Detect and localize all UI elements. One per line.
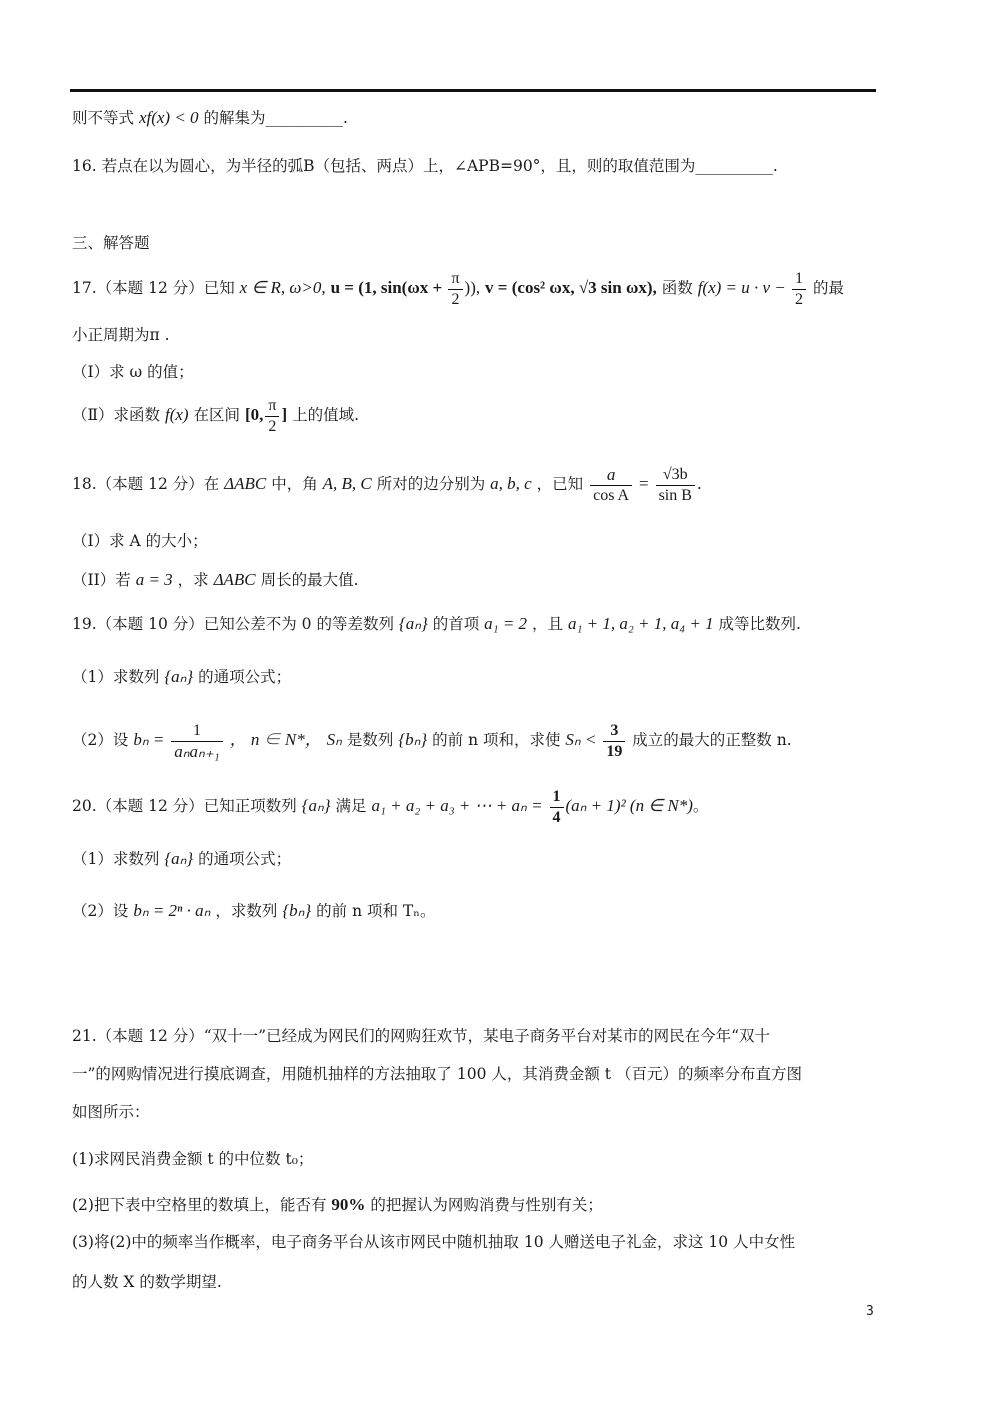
q19-part2-s: Sₙ <box>327 730 342 749</box>
q17-part2-post: 上的值域. <box>292 406 359 424</box>
q17-part1: （Ⅰ）求 ω 的值； <box>72 361 194 383</box>
q17-head: 17.（本题 12 分）已知 <box>72 279 235 297</box>
q17-part2-pre: （Ⅱ）求函数 <box>72 406 160 424</box>
q20-stem: 20.（本题 12 分）已知正项数列 {aₙ} 满足 a₁ + a₂ + a₃ … <box>72 784 708 828</box>
q18-eq: = <box>639 474 649 493</box>
q17-part2: （Ⅱ）求函数 f(x) 在区间 [0,π2] 上的值域. <box>72 393 359 437</box>
q20-part1-seq: {aₙ} <box>164 849 193 868</box>
q20-part2-post: 的前 n 项和 Tₙ。 <box>316 902 435 920</box>
q19-part2: （2）设 bₙ = 1aₙaₙ₊₁ ， n ∈ N*， Sₙ 是数列 {bₙ} … <box>72 718 792 762</box>
q20-part1-pre: （1）求数列 <box>72 850 159 868</box>
q20-sum: a₁ + a₂ + a₃ + ⋯ + aₙ = <box>371 796 542 815</box>
frac-den: 2 <box>265 417 279 437</box>
q19-part2-post: 成立的最大的正整数 n. <box>632 731 791 749</box>
q21-line1: 21.（本题 12 分）“双十一”已经成为网民们的网购狂欢节，某电子商务平台对某… <box>72 1025 770 1047</box>
q19-end: 成等比数列. <box>719 615 801 633</box>
q17-u-end: )), <box>465 278 481 297</box>
q21-part2-pre: (2)把下表中空格里的数填上，能否有 <box>72 1196 326 1214</box>
q19-a1: a₁ = 2 <box>484 614 527 633</box>
q17-interval-start: [0, <box>245 405 263 424</box>
q17-tail: 的最 <box>813 279 844 297</box>
q19-mid2: ，且 <box>532 615 563 633</box>
frac-den: 4 <box>550 808 564 828</box>
q17-f: f(x) = u · v − <box>698 278 790 297</box>
q17-interval-frac: π2 <box>265 396 279 437</box>
q20-quarter-frac: 14 <box>550 787 564 828</box>
q18-sides: a, b, c <box>490 474 532 493</box>
q18-head: 18.（本题 12 分）在 <box>72 475 219 493</box>
q17-stem: 17.（本题 12 分）已知 x ∈ R, ω>0, u = (1, sin(ω… <box>72 266 844 310</box>
q19-mid: 的首项 <box>433 615 480 633</box>
q21-part2: (2)把下表中空格里的数填上，能否有 90% 的把握认为网购消费与性别有关； <box>72 1194 603 1216</box>
q20-part2-pre: （2）设 <box>72 902 128 920</box>
q18-frac-right: √3bsin B <box>656 465 695 506</box>
frac-num: 1 <box>792 269 806 290</box>
q20-part1-post: 的通项公式； <box>198 850 291 868</box>
frac-den: 19 <box>603 742 625 762</box>
frac-num: 1 <box>550 787 564 808</box>
frac-den: 2 <box>792 290 806 310</box>
frac-num: a <box>590 465 632 486</box>
q21-part2-pct: 90% <box>331 1195 365 1214</box>
q15-expr: xf(x) < 0 <box>139 108 199 127</box>
q21-part2-post: 的把握认为网购消费与性别有关； <box>370 1196 603 1214</box>
q20-head: 20.（本题 12 分）已知正项数列 <box>72 797 297 815</box>
q20-rhs: (aₙ + 1)² (n ∈ N*) <box>566 796 693 815</box>
q16: 16. 若点在以为圆心，为半径的弧B（包括、两点）上，∠APB=90°，且，则的… <box>72 155 778 177</box>
q18-end: . <box>697 475 702 493</box>
q17-part2-mid: 在区间 <box>194 406 241 424</box>
frac-num: π <box>265 396 279 417</box>
q18-part2-pre: （II）若 <box>72 571 131 589</box>
q17-half-frac: 12 <box>792 269 806 310</box>
q17-v: v = (cos² ωx, √3 sin ωx), <box>485 278 657 297</box>
frac-num: 3 <box>603 721 625 742</box>
q18-part2-mid: ，求 <box>178 571 209 589</box>
q19-stem: 19.（本题 10 分）已知公差不为 0 的等差数列 {aₙ} 的首项 a₁ =… <box>72 613 801 635</box>
q17-pi-frac: π2 <box>448 269 462 310</box>
q20-end: 。 <box>693 797 709 815</box>
q19-seq: {aₙ} <box>399 614 428 633</box>
header-rule <box>70 89 876 92</box>
q21-part3-line1: (3)将(2)中的频率当作概率，电子商务平台从该市网民中随机抽取 10 人赠送电… <box>72 1231 795 1253</box>
q19-part2-pre: （2）设 <box>72 731 128 749</box>
q17-cond: x ∈ R, ω>0, <box>240 278 326 297</box>
q21-line3: 如图所示： <box>72 1101 150 1123</box>
q19-part2-mid2: 的前 n 项和，求使 <box>432 731 560 749</box>
q19-part2-b: bₙ = <box>133 730 164 749</box>
q21-line2: 一”的网购情况进行摸底调查，用随机抽样的方法抽取了 100 人，其消费金额 t … <box>72 1063 802 1085</box>
q15-suffix: 的解集为__________. <box>204 109 348 127</box>
q19-part1-post: 的通项公式； <box>198 668 291 686</box>
page-number: 3 <box>866 1304 874 1319</box>
q18-part1: （I）求 A 的大小； <box>72 530 208 552</box>
q18-stem: 18.（本题 12 分）在 ΔABC 中，角 A, B, C 所对的边分别为 a… <box>72 462 702 506</box>
frac-num: π <box>448 269 462 290</box>
frac-num: √3b <box>656 465 695 486</box>
q18-part2-post: 周长的最大值. <box>261 571 359 589</box>
q19-part2-n: ， n ∈ N*， <box>230 730 322 749</box>
q19-part2-seq: {bₙ} <box>398 730 427 749</box>
q18-frac-left: acos A <box>590 465 632 506</box>
q19-part1-seq: {aₙ} <box>164 667 193 686</box>
q19-part1: （1）求数列 {aₙ} 的通项公式； <box>72 666 291 688</box>
q17-func: 函数 <box>662 279 693 297</box>
q20-part2-mid: ，求数列 <box>215 902 277 920</box>
frac-den: sin B <box>656 486 695 506</box>
q19-part2-mid: 是数列 <box>347 731 394 749</box>
frac-den: 2 <box>448 290 462 310</box>
section-title: 三、解答题 <box>72 231 150 253</box>
q17-u: u = (1, sin(ωx + <box>331 278 447 297</box>
q19-b-frac: 1aₙaₙ₊₁ <box>171 721 222 762</box>
q18-part2-cond: a = 3 <box>136 570 173 589</box>
q15-tail: 则不等式 xf(x) < 0 的解集为__________. <box>72 107 348 129</box>
q19-terms: a₁ + 1, a₂ + 1, a₄ + 1 <box>568 614 714 633</box>
q18-mid2: 所对的边分别为 <box>377 475 486 493</box>
q19-part1-pre: （1）求数列 <box>72 668 159 686</box>
q20-part2-b: bₙ = 2ⁿ · aₙ <box>133 901 210 920</box>
frac-den: cos A <box>590 486 632 506</box>
q18-part2: （II）若 a = 3 ，求 ΔABC 周长的最大值. <box>72 569 359 591</box>
q19-part2-ineq: Sₙ < <box>565 730 596 749</box>
q17-interval-end: ] <box>281 405 287 424</box>
q17-line2: 小正周期为π . <box>72 324 170 346</box>
q19-head: 19.（本题 10 分）已知公差不为 0 的等差数列 <box>72 615 394 633</box>
q18-angles: A, B, C <box>323 474 372 493</box>
frac-den: aₙaₙ₊₁ <box>171 742 222 762</box>
q19-ineq-frac: 319 <box>603 721 625 762</box>
q21-part1: (1)求网民消费金额 t 的中位数 t₀； <box>72 1148 313 1170</box>
q18-mid: 中，角 <box>271 475 318 493</box>
q15-prefix: 则不等式 <box>72 109 134 127</box>
q18-part2-tri: ΔABC <box>214 570 256 589</box>
frac-num: 1 <box>171 721 222 742</box>
q18-mid3: ，已知 <box>537 475 584 493</box>
q17-part2-f: f(x) <box>165 405 189 424</box>
q20-part2: （2）设 bₙ = 2ⁿ · aₙ ，求数列 {bₙ} 的前 n 项和 Tₙ。 <box>72 900 435 922</box>
q20-part1: （1）求数列 {aₙ} 的通项公式； <box>72 848 291 870</box>
q20-seq: {aₙ} <box>302 796 331 815</box>
q20-mid: 满足 <box>335 797 366 815</box>
q20-part2-seq: {bₙ} <box>282 901 311 920</box>
q18-tri: ΔABC <box>224 474 266 493</box>
q21-part3-line2: 的人数 X 的数学期望. <box>72 1271 222 1293</box>
